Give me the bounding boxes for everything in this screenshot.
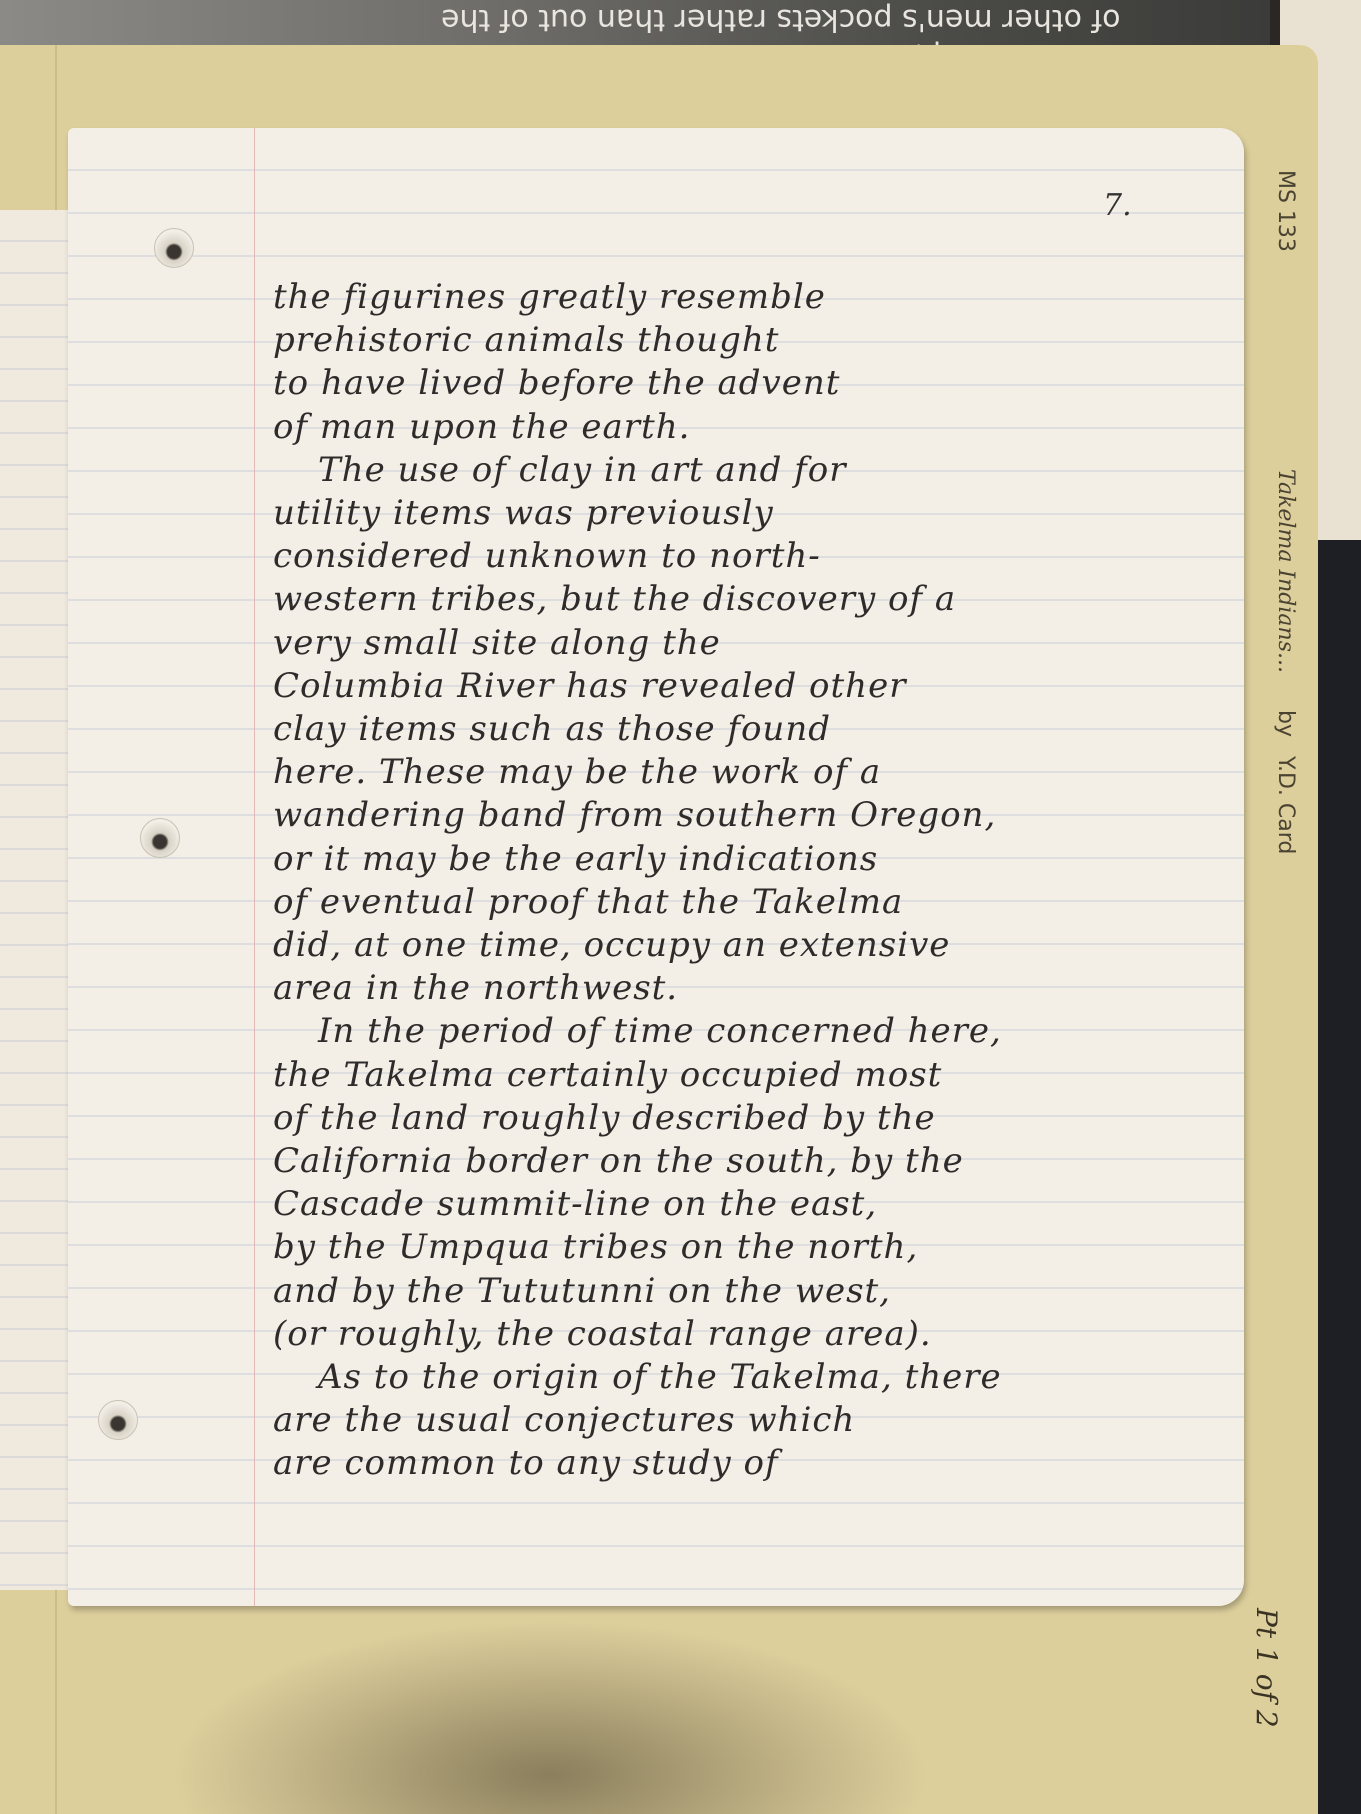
text-line: considered unknown to north- — [273, 535, 1173, 578]
text-line: by the Umpqua tribes on the north, — [273, 1226, 1173, 1269]
text-line: the Takelma certainly occupied most — [273, 1054, 1173, 1097]
text-line: area in the northwest. — [273, 967, 1173, 1010]
folder-title: Takelma Indians... — [1273, 469, 1298, 673]
text-line: here. These may be the work of a — [273, 751, 1173, 794]
text-line: and by the Tututunni on the west, — [273, 1270, 1173, 1313]
manuscript-page: 7. the figurines greatly resemble prehis… — [68, 128, 1244, 1606]
page-number: 7. — [1103, 188, 1132, 223]
text-line: In the period of time concerned here, — [273, 1010, 1173, 1053]
folder-tab-label: MS 133 Takelma Indians... by Y.D. Card — [1238, 170, 1298, 1070]
text-line: As to the origin of the Takelma, there — [273, 1356, 1173, 1399]
book-text-line-1: of other men's pockets rather than out o… — [441, 2, 1120, 37]
text-line: wandering band from southern Oregon, — [273, 794, 1173, 837]
handwritten-text: the figurines greatly resemble prehistor… — [273, 276, 1173, 1486]
hand-shadow — [170, 1620, 930, 1814]
text-line: of eventual proof that the Takelma — [273, 881, 1173, 924]
text-line: (or roughly, the coastal range area). — [273, 1313, 1173, 1356]
text-line: The use of clay in art and for — [273, 449, 1173, 492]
text-line: of the land roughly described by the — [273, 1097, 1173, 1140]
text-line: utility items was previously — [273, 492, 1173, 535]
page-margin-line — [254, 128, 255, 1606]
text-line: western tribes, but the discovery of a — [273, 578, 1173, 621]
text-line: did, at one time, occupy an extensive — [273, 924, 1173, 967]
text-line: very small site along the — [273, 622, 1173, 665]
text-line: prehistoric animals thought — [273, 319, 1173, 362]
punch-hole-middle — [140, 818, 180, 858]
text-line: Columbia River has revealed other — [273, 665, 1173, 708]
text-line: or it may be the early indications — [273, 838, 1173, 881]
text-line: to have lived before the advent — [273, 362, 1173, 405]
text-line: of man upon the earth. — [273, 406, 1173, 449]
text-line: Cascade summit-line on the east, — [273, 1183, 1173, 1226]
text-line: the figurines greatly resemble — [273, 276, 1173, 319]
folder-by: by — [1273, 710, 1298, 737]
collection-number: MS 133 — [1273, 170, 1298, 252]
punch-hole-bottom — [98, 1400, 138, 1440]
folder-part-label: Pt 1 of 2 — [1250, 1608, 1283, 1728]
text-line: are common to any study of — [273, 1442, 1173, 1485]
text-line: clay items such as those found — [273, 708, 1173, 751]
text-line: are the usual conjectures which — [273, 1399, 1173, 1442]
punch-hole-top — [154, 228, 194, 268]
folder-author: Y.D. Card — [1273, 756, 1298, 854]
text-line: California border on the south, by the — [273, 1140, 1173, 1183]
